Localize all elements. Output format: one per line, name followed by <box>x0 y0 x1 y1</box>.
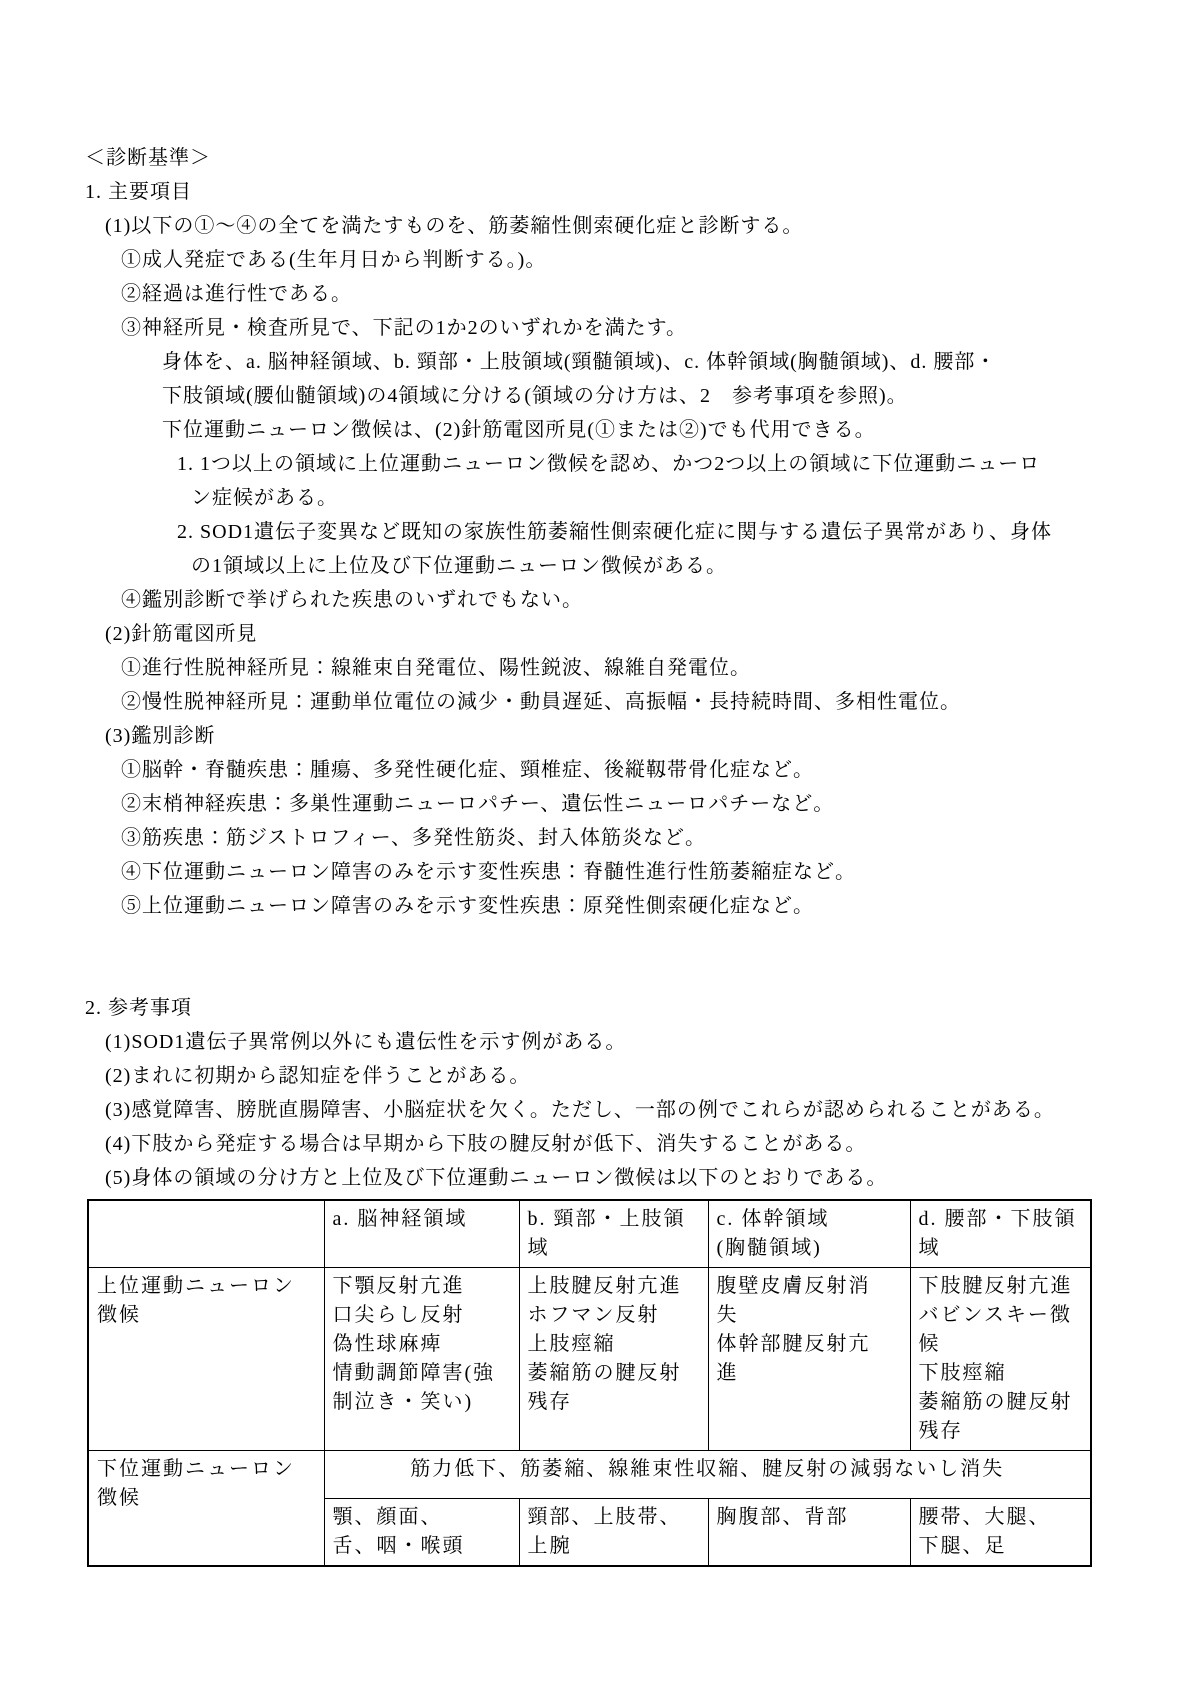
lower-cell-cervical: 頸部、上肢帯、 上腕 <box>519 1499 708 1567</box>
doc-line: (1)SOD1遺伝子異常例以外にも遺伝性を示す例がある。 <box>85 1025 1123 1059</box>
doc-line: ⑤上位運動ニューロン障害のみを示す変性疾患：原発性側索硬化症など。 <box>85 889 1123 923</box>
doc-line: ②末梢神経疾患：多巣性運動ニューロパチー、遺伝性ニューロパチーなど。 <box>85 787 1123 821</box>
doc-line: (3)感覚障害、膀胱直腸障害、小脳症状を欠く。ただし、一部の例でこれらが認められ… <box>85 1093 1123 1127</box>
doc-line: ③神経所見・検査所見で、下記の1か2のいずれかを満たす。 <box>85 311 1123 345</box>
criteria-heading: ＜診断基準＞ <box>85 141 1123 175</box>
lower-motor-neuron-row: 下位運動ニューロン 徴候 筋力低下、筋萎縮、線維束性収縮、腱反射の減弱ないし消失 <box>88 1451 1091 1499</box>
doc-line: ①成人発症である(生年月日から判断する。)。 <box>85 243 1123 277</box>
doc-line: ①脳幹・脊髄疾患：腫瘍、多発性硬化症、頸椎症、後縦靱帯骨化症など。 <box>85 753 1123 787</box>
upper-motor-neuron-row: 上位運動ニューロン 徴候 下顎反射亢進 口尖らし反射 偽性球麻痺 情動調節障害(… <box>88 1268 1091 1451</box>
doc-line: (2)まれに初期から認知症を伴うことがある。 <box>85 1059 1123 1093</box>
lower-cell-lumbar: 腰帯、大腿、 下腿、足 <box>910 1499 1091 1567</box>
lower-motor-common-cell: 筋力低下、筋萎縮、線維束性収縮、腱反射の減弱ないし消失 <box>324 1451 1091 1499</box>
lower-cell-trunk: 胸腹部、背部 <box>708 1499 910 1567</box>
header-cell-cervical: b. 頸部・上肢領 域 <box>519 1200 708 1268</box>
doc-line: (4)下肢から発症する場合は早期から下肢の腱反射が低下、消失することがある。 <box>85 1127 1123 1161</box>
emg-findings-heading: (2)針筋電図所見 <box>85 617 1123 651</box>
doc-line: ③筋疾患：筋ジストロフィー、多発性筋炎、封入体筋炎など。 <box>85 821 1123 855</box>
doc-line: ン症候がある。 <box>85 481 1123 515</box>
doc-line: 下肢領域(腰仙髄領域)の4領域に分ける(領域の分け方は、2 参考事項を参照)。 <box>85 379 1123 413</box>
doc-line: 身体を、a. 脳神経領域、b. 頸部・上肢領域(頸髄領域)、c. 体幹領域(胸髄… <box>85 345 1123 379</box>
upper-cell-cervical: 上肢腱反射亢進 ホフマン反射 上肢痙縮 萎縮筋の腱反射 残存 <box>519 1268 708 1451</box>
doc-line: (1)以下の①～④の全てを満たすものを、筋萎縮性側索硬化症と診断する。 <box>85 209 1123 243</box>
header-cell-cranial: a. 脳神経領域 <box>324 1200 519 1268</box>
doc-line: (5)身体の領域の分け方と上位及び下位運動ニューロン徴候は以下のとおりである。 <box>85 1161 1123 1195</box>
header-cell-trunk: c. 体幹領域 (胸髄領域) <box>708 1200 910 1268</box>
header-cell-empty <box>88 1200 324 1268</box>
upper-cell-trunk: 腹壁皮膚反射消 失 体幹部腱反射亢 進 <box>708 1268 910 1451</box>
doc-line: 2. SOD1遺伝子変異など既知の家族性筋萎縮性側索硬化症に関与する遺伝子異常が… <box>85 515 1123 549</box>
doc-line: ②慢性脱神経所見：運動単位電位の減少・動員遅延、高振幅・長持続時間、多相性電位。 <box>85 685 1123 719</box>
upper-cell-cranial: 下顎反射亢進 口尖らし反射 偽性球麻痺 情動調節障害(強 制泣き・笑い) <box>324 1268 519 1451</box>
doc-line: ①進行性脱神経所見：線維束自発電位、陽性鋭波、線維自発電位。 <box>85 651 1123 685</box>
main-items-heading: 1. 主要項目 <box>85 175 1123 209</box>
header-cell-lumbar: d. 腰部・下肢領 域 <box>910 1200 1091 1268</box>
table-header-row: a. 脳神経領域 b. 頸部・上肢領 域 c. 体幹領域 (胸髄領域) d. 腰… <box>88 1200 1091 1268</box>
differential-heading: (3)鑑別診断 <box>85 719 1123 753</box>
doc-line: ④鑑別診断で挙げられた疾患のいずれでもない。 <box>85 583 1123 617</box>
doc-line: 1. 1つ以上の領域に上位運動ニューロン徴候を認め、かつ2つ以上の領域に下位運動… <box>85 447 1123 481</box>
reference-heading: 2. 参考事項 <box>85 991 1123 1025</box>
doc-line: 下位運動ニューロン徴候は、(2)針筋電図所見(①または②)でも代用できる。 <box>85 413 1123 447</box>
lower-cell-cranial: 顎、顔面、 舌、咽・喉頭 <box>324 1499 519 1567</box>
upper-cell-lumbar: 下肢腱反射亢進 バビンスキー徴 候 下肢痙縮 萎縮筋の腱反射 残存 <box>910 1268 1091 1451</box>
doc-line: の1領域以上に上位及び下位運動ニューロン徴候がある。 <box>85 549 1123 583</box>
region-signs-table: a. 脳神経領域 b. 頸部・上肢領 域 c. 体幹領域 (胸髄領域) d. 腰… <box>87 1199 1092 1567</box>
upper-motor-label: 上位運動ニューロン 徴候 <box>88 1268 324 1451</box>
lower-motor-label: 下位運動ニューロン 徴候 <box>88 1451 324 1567</box>
document-page: ＜診断基準＞ 1. 主要項目 (1)以下の①～④の全てを満たすものを、筋萎縮性側… <box>0 0 1181 1695</box>
doc-line: ④下位運動ニューロン障害のみを示す変性疾患：脊髄性進行性筋萎縮症など。 <box>85 855 1123 889</box>
doc-line: ②経過は進行性である。 <box>85 277 1123 311</box>
